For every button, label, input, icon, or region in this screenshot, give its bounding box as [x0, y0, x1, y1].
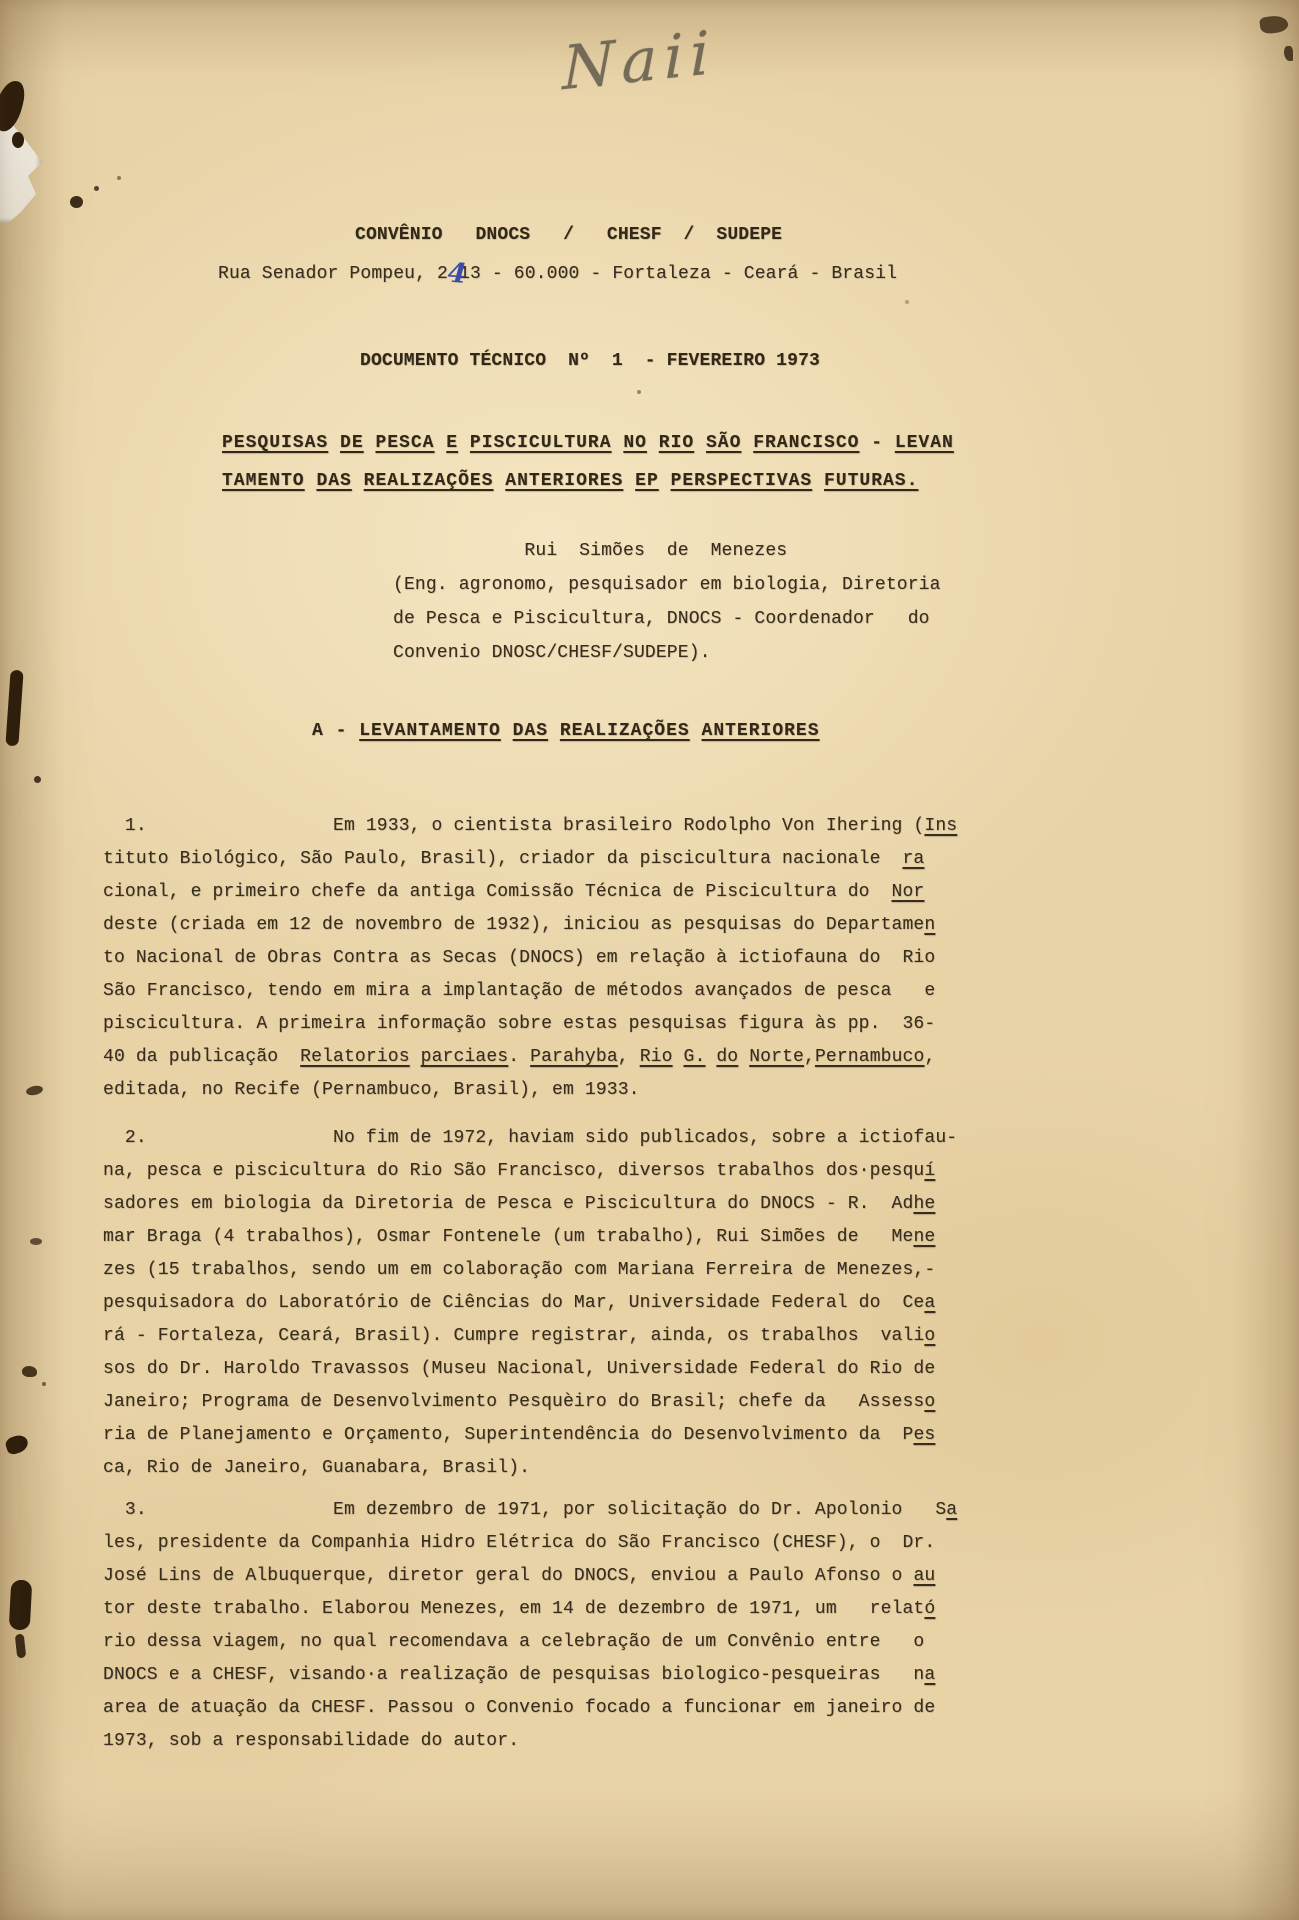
- text-line: to Nacional de Obras Contra as Secas (DN…: [103, 942, 957, 975]
- typewriter-underline: PESCA: [375, 433, 434, 453]
- typewriter-underline: ANTERIORES: [505, 471, 623, 491]
- ink-stain: [22, 1366, 37, 1377]
- typewriter-underline: PERSPECTIVAS: [671, 471, 813, 491]
- typewriter-underline: Ins: [924, 816, 957, 836]
- typewriter-underline: RIO: [659, 433, 694, 453]
- typewriter-underline: Norte: [749, 1047, 804, 1067]
- typewriter-underline: DAS: [316, 471, 351, 491]
- ink-stain: [94, 186, 99, 191]
- paragraph-1: 1. Em 1933, o cientista brasileiro Rodol…: [103, 810, 957, 1107]
- text-line: tituto Biológico, São Paulo, Brasil), cr…: [103, 843, 957, 876]
- typewriter-underline: ó: [924, 1599, 935, 1619]
- text-line: area de atuação da CHESF. Passou o Conve…: [103, 1692, 957, 1725]
- text-line: sos do Dr. Haroldo Travassos (Museu Naci…: [103, 1353, 957, 1386]
- text-line: São Francisco, tendo em mira a implantaç…: [103, 975, 957, 1008]
- text-line: tor deste trabalho. Elaborou Menezes, em…: [103, 1593, 957, 1626]
- typewriter-underline: Rio: [640, 1047, 673, 1067]
- ink-stain: [1259, 14, 1289, 35]
- section-heading: A - LEVANTAMENTO DAS REALIZAÇÕES ANTERIO…: [312, 718, 820, 744]
- typewriter-underline: TAMENTO: [222, 471, 305, 491]
- text-line: cional, e primeiro chefe da antiga Comis…: [103, 876, 957, 909]
- typewriter-underline: Nor: [892, 882, 925, 902]
- text-line: piscicultura. A primeira informação sobr…: [103, 1008, 957, 1041]
- text-line: deste (criada em 12 de novembro de 1932)…: [103, 909, 957, 942]
- typewriter-underline: a: [924, 1665, 935, 1685]
- typewriter-underline: í: [924, 1161, 935, 1181]
- ink-stain: [15, 1634, 26, 1659]
- text-line: pesquisadora do Laboratório de Ciências …: [103, 1287, 957, 1320]
- text-line: 1. Em 1933, o cientista brasileiro Rodol…: [103, 810, 957, 843]
- text-line: PESQUISAS DE PESCA E PISCICULTURA NO RIO…: [222, 424, 954, 462]
- doc-number-line: DOCUMENTO TÉCNICO Nº 1 - FEVEREIRO 1973: [360, 348, 820, 374]
- text-line: rá - Fortaleza, Ceará, Brasil). Cumpre r…: [103, 1320, 957, 1353]
- ink-stain: [9, 1579, 33, 1630]
- typewriter-underline: FUTURAS.: [824, 471, 918, 491]
- text-line: 2. No fim de 1972, haviam sido publicado…: [103, 1122, 957, 1155]
- typewriter-underline: o: [924, 1392, 935, 1412]
- typewriter-underline: DAS: [513, 721, 548, 741]
- typewriter-underline: ra: [902, 849, 924, 869]
- ink-stain: [0, 78, 28, 135]
- typewriter-underline: Relatorios: [300, 1047, 410, 1067]
- document-title: PESQUISAS DE PESCA E PISCICULTURA NO RIO…: [222, 424, 954, 500]
- ink-stain: [637, 390, 641, 394]
- text-line: ca, Rio de Janeiro, Guanabara, Brasil).: [103, 1452, 957, 1485]
- typewriter-underline: LEVAN: [895, 433, 954, 453]
- typewriter-underline: Parahyba: [530, 1047, 618, 1067]
- ink-stain: [34, 776, 41, 783]
- text-line: de Pesca e Piscicultura, DNOCS - Coorden…: [393, 602, 941, 636]
- ink-stain: [117, 176, 121, 180]
- typewriter-underline: ne: [913, 1227, 935, 1247]
- text-line: zes (15 trabalhos, sendo um em colaboraç…: [103, 1254, 957, 1287]
- typewriter-underline: PESQUISAS: [222, 433, 328, 453]
- typewriter-underline: ANTERIORES: [702, 721, 820, 741]
- author-block: Rui Simões de Menezes(Eng. agronomo, pes…: [393, 534, 941, 670]
- typewriter-underline: es: [913, 1425, 935, 1445]
- typewriter-underline: parciaes: [421, 1047, 509, 1067]
- typewriter-underline: n: [924, 915, 935, 935]
- ink-stain: [5, 670, 23, 747]
- text-line: 3. Em dezembro de 1971, por solicitação …: [103, 1494, 957, 1527]
- ink-stain: [70, 196, 83, 208]
- typewriter-underline: FRANCISCO: [753, 433, 859, 453]
- handwritten-note: Naii: [562, 18, 716, 105]
- scanned-document-page: Naii CONVÊNIO DNOCS / CHESF / SUDEPE Rua…: [0, 0, 1299, 1920]
- header-address-line: Rua Senador Pompeu, 2413 - 60.000 - Fort…: [218, 256, 897, 287]
- ink-stain: [4, 1433, 30, 1456]
- typewriter-underline: Pernambuco: [815, 1047, 925, 1067]
- typewriter-underline: a: [924, 1293, 935, 1313]
- blue-ink-numeral: 4: [447, 260, 460, 288]
- typewriter-underline: SÃO: [706, 433, 741, 453]
- ink-stain: [1284, 46, 1293, 61]
- ink-stain: [30, 1238, 42, 1245]
- typewriter-underline: E: [446, 433, 458, 453]
- paragraph-2: 2. No fim de 1972, haviam sido publicado…: [103, 1122, 957, 1485]
- ink-stain: [12, 132, 24, 148]
- text-line: Janeiro; Programa de Desenvolvimento Pes…: [103, 1386, 957, 1419]
- header-org-line: CONVÊNIO DNOCS / CHESF / SUDEPE: [355, 222, 782, 248]
- text-line: DNOCS e a CHESF, visando·a realização de…: [103, 1659, 957, 1692]
- typewriter-underline: o: [924, 1326, 935, 1346]
- text-line: editada, no Recife (Pernambuco, Brasil),…: [103, 1074, 957, 1107]
- typewriter-underline: DE: [340, 433, 364, 453]
- text-line: Rui Simões de Menezes: [393, 534, 941, 568]
- text-line: TAMENTO DAS REALIZAÇÕES ANTERIORES EP PE…: [222, 462, 954, 500]
- paragraph-3: 3. Em dezembro de 1971, por solicitação …: [103, 1494, 957, 1758]
- text-line: ria de Planejamento e Orçamento, Superin…: [103, 1419, 957, 1452]
- text-line: José Lins de Albuquerque, diretor geral …: [103, 1560, 957, 1593]
- text-line: 1973, sob a responsabilidade do autor.: [103, 1725, 957, 1758]
- typewriter-underline: do: [716, 1047, 738, 1067]
- text-line: na, pesca e piscicultura do Rio São Fran…: [103, 1155, 957, 1188]
- typewriter-underline: REALIZAÇÕES: [560, 721, 690, 741]
- text-line: mar Braga (4 trabalhos), Osmar Fontenele…: [103, 1221, 957, 1254]
- ink-stain: [905, 300, 909, 304]
- ink-stain: [25, 1084, 43, 1096]
- text-line: 40 da publicação Relatorios parciaes. Pa…: [103, 1041, 957, 1074]
- text-line: (Eng. agronomo, pesquisador em biologia,…: [393, 568, 941, 602]
- ink-stain: [42, 1382, 46, 1386]
- typewriter-underline: EP: [635, 471, 659, 491]
- text-line: rio dessa viagem, no qual recomendava a …: [103, 1626, 957, 1659]
- typewriter-underline: NO: [623, 433, 647, 453]
- text-line: Convenio DNOSC/CHESF/SUDEPE).: [393, 636, 941, 670]
- typewriter-underline: au: [913, 1566, 935, 1586]
- text-line: les, presidente da Companhia Hidro Elétr…: [103, 1527, 957, 1560]
- typewriter-underline: G.: [684, 1047, 706, 1067]
- text-line: sadores em biologia da Diretoria de Pesc…: [103, 1188, 957, 1221]
- typewriter-underline: LEVANTAMENTO: [359, 721, 501, 741]
- typewriter-underline: PISCICULTURA: [470, 433, 612, 453]
- typewriter-underline: he: [913, 1194, 935, 1214]
- typewriter-underline: a: [946, 1500, 957, 1520]
- typewriter-underline: REALIZAÇÕES: [364, 471, 494, 491]
